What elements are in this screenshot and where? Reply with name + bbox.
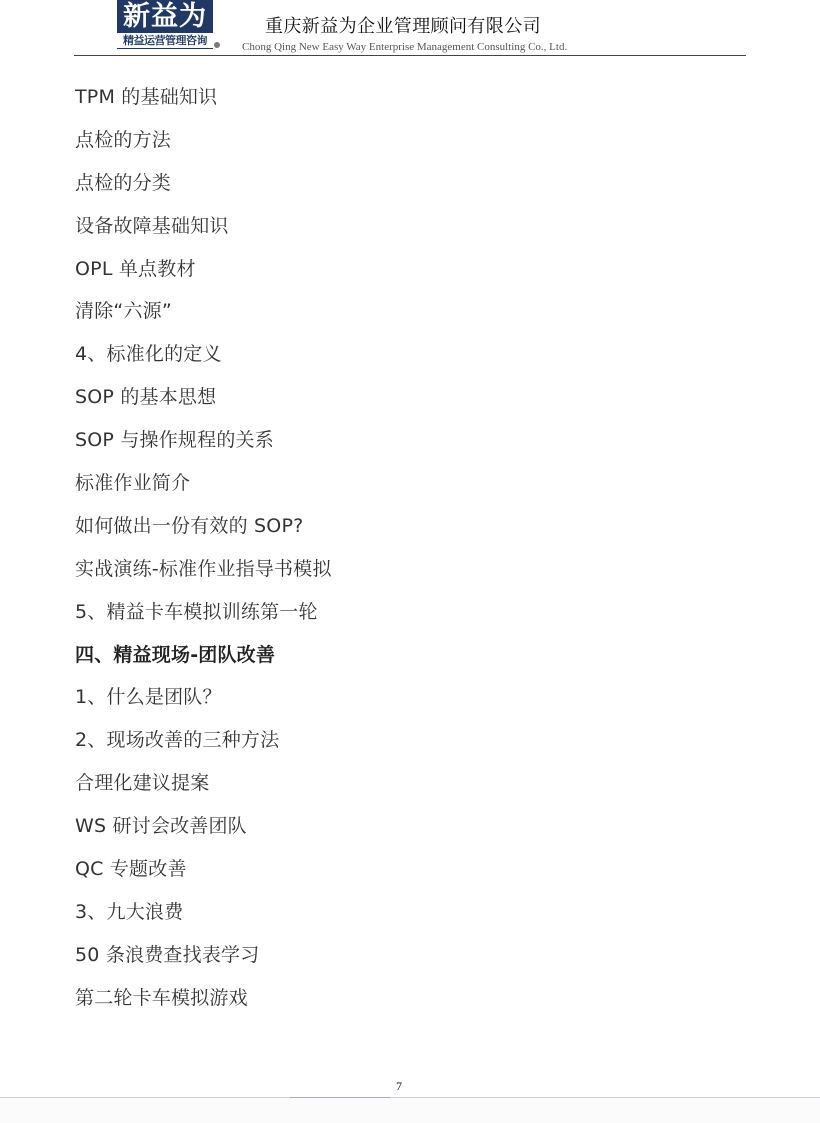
outline-item: 2、现场改善的三种方法	[75, 728, 332, 771]
document-page: 新益为 精益运营管理咨询 重庆新益为企业管理顾问有限公司 Chong Qing …	[0, 0, 820, 1123]
footer-shade	[0, 1098, 820, 1123]
outline-item: 3、九大浪费	[75, 900, 332, 943]
outline-item: TPM 的基础知识	[75, 85, 332, 128]
outline-item: 清除“六源”	[75, 299, 332, 342]
outline-item: 50 条浪费查找表学习	[75, 943, 332, 986]
footer-divider	[0, 1097, 820, 1098]
outline-item: QC 专题改善	[75, 857, 332, 900]
logo-sub-text: 精益运营管理咨询	[117, 34, 213, 49]
outline-item: 如何做出一份有效的 SOP?	[75, 514, 332, 557]
logo-dot-icon	[214, 42, 220, 48]
company-name-en: Chong Qing New Easy Way Enterprise Manag…	[242, 40, 567, 54]
logo-main-text: 新益为	[117, 0, 213, 33]
outline-item: 实战演练-标准作业指导书模拟	[75, 557, 332, 600]
outline-item: 1、什么是团队？	[75, 685, 332, 728]
company-name-cn: 重庆新益为企业管理顾问有限公司	[265, 15, 541, 39]
outline-item: 点检的分类	[75, 171, 332, 214]
page-number: 7	[393, 1079, 405, 1094]
outline-item: 4、标准化的定义	[75, 342, 332, 385]
outline-item: 点检的方法	[75, 128, 332, 171]
outline-item: 设备故障基础知识	[75, 214, 332, 257]
company-logo: 新益为 精益运营管理咨询	[117, 0, 213, 50]
outline-item: WS 研讨会改善团队	[75, 814, 332, 857]
outline-item: 合理化建议提案	[75, 771, 332, 814]
outline-item: 5、精益卡车模拟训练第一轮	[75, 600, 332, 643]
outline-item: 标准作业简介	[75, 471, 332, 514]
header-divider	[74, 55, 746, 56]
outline-item: 第二轮卡车模拟游戏	[75, 986, 332, 1029]
outline-item: SOP 与操作规程的关系	[75, 428, 332, 471]
outline-list: TPM 的基础知识 点检的方法 点检的分类 设备故障基础知识 OPL 单点教材 …	[75, 85, 332, 1029]
outline-item: SOP 的基本思想	[75, 385, 332, 428]
footer-divider-accent	[290, 1097, 390, 1098]
outline-item: OPL 单点教材	[75, 257, 332, 300]
section-heading: 四、精益现场-团队改善	[75, 643, 332, 686]
